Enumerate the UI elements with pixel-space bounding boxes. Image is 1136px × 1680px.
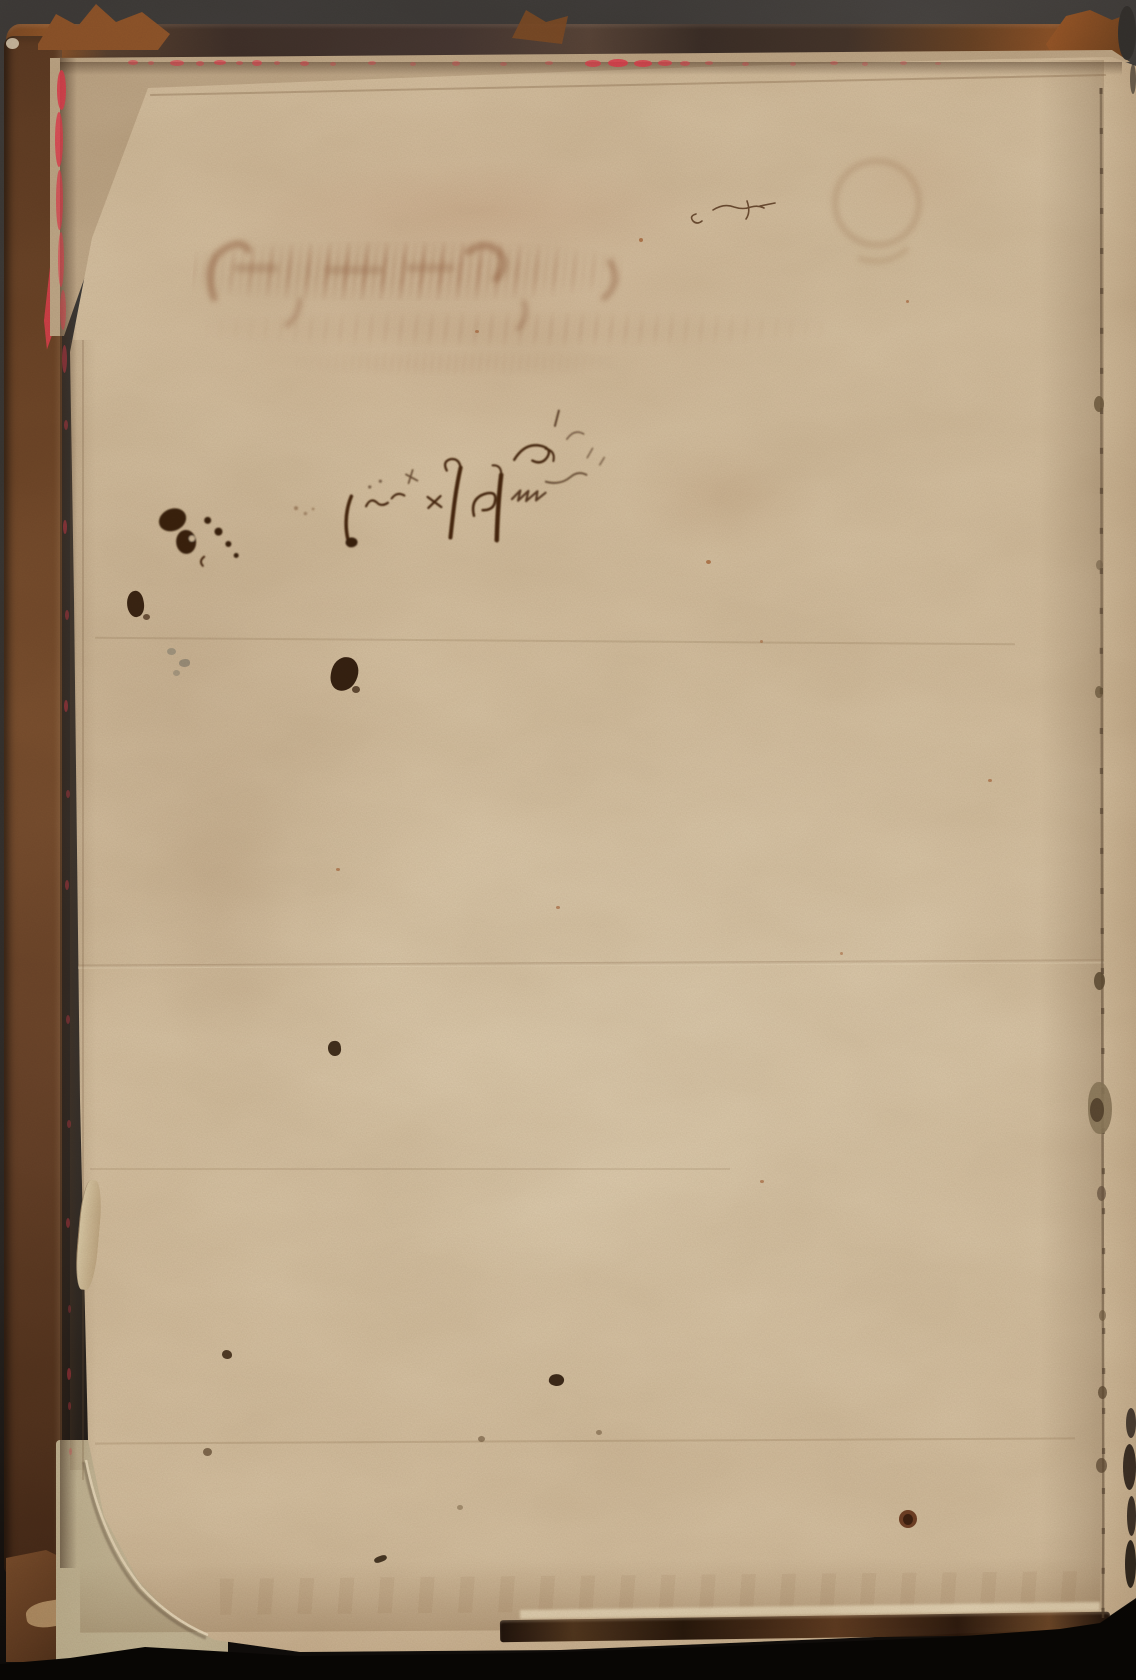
paper-stain — [140, 760, 300, 1060]
horizontal-crease — [90, 1168, 730, 1170]
book-scan-photo — [0, 0, 1136, 1680]
gutter-shading — [1040, 60, 1104, 1610]
bleedthrough-title-line3 — [294, 350, 616, 376]
paper-stain — [820, 120, 1000, 240]
corner-board-nub — [6, 38, 19, 49]
vertical-gutter-crease — [82, 340, 84, 1480]
shadow-under-top-edge — [60, 62, 1122, 75]
paper-stain — [620, 430, 820, 560]
bleedthrough-title-line1 — [191, 241, 625, 301]
bleedthrough-title-line2 — [204, 310, 827, 348]
paper-light-patch — [380, 1120, 680, 1280]
